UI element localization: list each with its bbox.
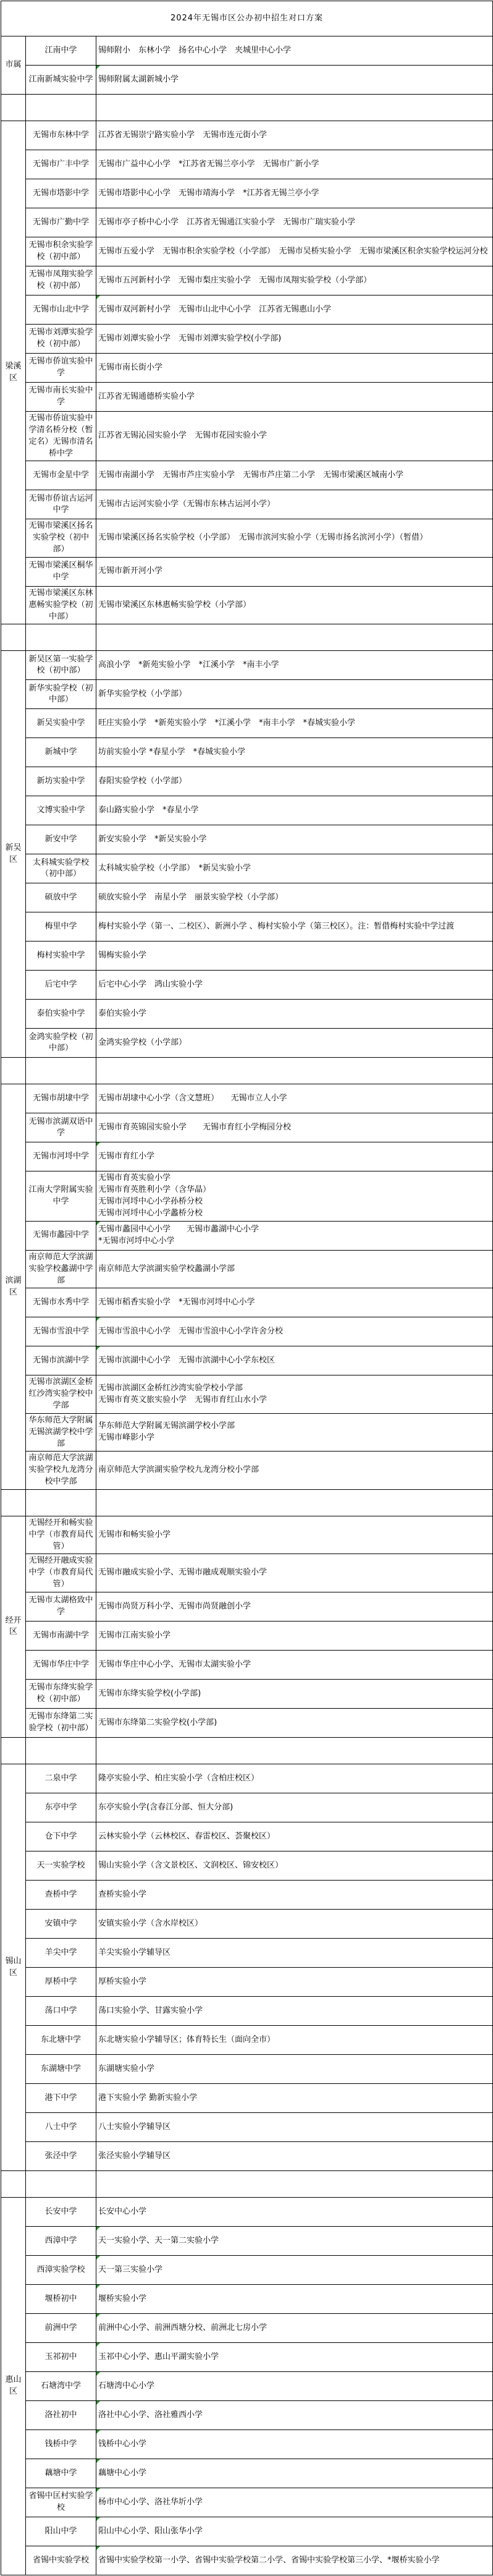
table-row: 惠山区长安中学长安中心小学 <box>1 2198 493 2227</box>
table-row: 八士中学八士实验小学辅导区 <box>1 2113 493 2142</box>
middle-school-cell: 西漳中学 <box>26 2227 96 2256</box>
primary-schools-cell: 锡山实验小学（含文景校区、文润校区、锦安校区） <box>96 1851 493 1881</box>
empty-cell <box>1 1738 26 1764</box>
middle-school-cell: 南京师范大学滨湖实验学校九龙湾分校中学部 <box>26 1452 96 1490</box>
primary-schools-cell: 长安中心小学 <box>96 2198 493 2227</box>
table-row: 新坊实验中学春阳实验学校（小学部） <box>1 767 493 796</box>
table-row: 东北塘中学东北塘实验小学辅导区；体育特长生（面向全市） <box>1 2026 493 2055</box>
primary-schools-cell: 堰桥实验小学 <box>96 2285 493 2314</box>
middle-school-cell: 钱桥中学 <box>26 2430 96 2459</box>
primary-schools-cell: 江苏省无锡崇宁路实验小学 无锡市连元街小学 <box>96 121 493 150</box>
table-row: 无锡市滨湖中学无锡市滨湖中心小学 无锡市滨湖中心小学东校区 <box>1 1346 493 1375</box>
empty-cell <box>96 2171 493 2198</box>
table-row: 无锡市梁溪区东林惠畅实验学校（初中部）无锡市梁溪区东林惠畅实验学校（小学部） <box>1 586 493 624</box>
primary-schools-cell: 羊尖实验小学辅导区 <box>96 1939 493 1968</box>
table-row: 西漳实验学校天一第三实验小学 <box>1 2256 493 2285</box>
cell-corner-marker-icon <box>96 2227 100 2230</box>
table-row: 梅里中学梅村实验小学（第一、二校区）、新洲小学 、梅村实验小学（第三校区）。注：… <box>1 912 493 942</box>
empty-cell <box>26 1738 96 1764</box>
cell-corner-marker-icon <box>96 2430 100 2434</box>
primary-schools-cell: 无锡市古运河实验小学（无锡市东林古运河小学） <box>96 490 493 519</box>
primary-schools-cell: 坊前实验小学 *春星小学 *春城实验小学 <box>96 738 493 767</box>
middle-school-cell: 泰伯实验中学 <box>26 1000 96 1029</box>
middle-school-cell: 省锡中匡村实验学校 <box>26 2488 96 2517</box>
page-title: 2024年无锡市区公办初中招生对口方案 <box>1 1 493 36</box>
middle-school-cell: 无锡市东林中学 <box>26 121 96 150</box>
empty-cell <box>96 95 493 121</box>
primary-schools-cell: 无锡市江南实验小学 <box>96 1622 493 1651</box>
middle-school-cell: 文博实验中学 <box>26 796 96 825</box>
primary-schools-cell: 钱桥中心小学 <box>96 2430 493 2459</box>
middle-school-cell: 二泉中学 <box>26 1764 96 1793</box>
table-row: 羊尖中学羊尖实验小学辅导区 <box>1 1939 493 1968</box>
middle-school-cell: 无锡市侨谊古运河中学 <box>26 490 96 519</box>
table-row: 梁溪区无锡市东林中学江苏省无锡崇宁路实验小学 无锡市连元街小学 <box>1 121 493 150</box>
group-spacer-row <box>1 2171 493 2198</box>
table-row: 新安中学新安实验小学 *新吴实验小学 <box>1 825 493 854</box>
table-row: 玉祁初中玉祁中心小学、惠山平湖实验小学 <box>1 2343 493 2372</box>
middle-school-cell: 藕塘中学 <box>26 2459 96 2488</box>
cell-corner-marker-icon <box>96 2488 100 2492</box>
middle-school-cell: 羊尖中学 <box>26 1939 96 1968</box>
table-row: 港下中学港下实验小学 勤新实验小学 <box>1 2084 493 2113</box>
primary-schools-cell: 无锡市南湖小学 无锡市芦庄实验小学 无锡市芦庄第二小学 无锡市梁溪区城南小学 <box>96 461 493 490</box>
primary-schools-cell: 省锡中实验学校第一小学、省锡中实验学校第二小学、省锡中实验学校第三小学、*堰桥实… <box>96 2546 493 2575</box>
primary-schools-cell: 太科城实验学校（小学部） *新吴实验小学 <box>96 854 493 883</box>
primary-schools-cell: 高浪小学 *新苑实验小学 *江溪小学 *南丰小学 <box>96 651 493 680</box>
middle-school-cell: 天一实验学校 <box>26 1851 96 1881</box>
primary-schools-cell: 无锡市滨湖中心小学 无锡市滨湖中心小学东校区 <box>96 1346 493 1375</box>
primary-schools-cell: 东湖塘实验小学 <box>96 2055 493 2084</box>
primary-schools-cell: 洛社中心小学、洛社雅西小学 <box>96 2401 493 2430</box>
empty-cell <box>96 1738 493 1764</box>
middle-school-cell: 西漳实验学校 <box>26 2256 96 2285</box>
middle-school-cell: 港下中学 <box>26 2084 96 2113</box>
cell-corner-marker-icon <box>96 2372 100 2376</box>
table-row: 仓下中学云林实验小学（云林校区、春雷校区、荟聚校区） <box>1 1822 493 1851</box>
primary-schools-cell: 玉祁中心小学、惠山平湖实验小学 <box>96 2343 493 2372</box>
primary-schools-cell: 无锡市和畅实验小学 <box>96 1516 493 1554</box>
middle-school-cell: 无锡经开融成实验中学（市教育局代管） <box>26 1554 96 1592</box>
middle-school-cell: 华东师范大学附属无锡滨湖学校中学部 <box>26 1413 96 1452</box>
middle-school-cell: 东亭中学 <box>26 1793 96 1822</box>
table-row: 无锡市广勤中学无锡市亭子桥中心小学 江苏省无锡通江实验小学 无锡市广瑞实验小学 <box>1 208 493 237</box>
cell-corner-marker-icon <box>96 2546 100 2550</box>
primary-schools-cell: 南京师范大学滨湖实验学校九龙湾分校小学部 <box>96 1452 493 1490</box>
middle-school-cell: 东湖塘中学 <box>26 2055 96 2084</box>
table-row: 无锡市南湖中学无锡市江南实验小学 <box>1 1622 493 1651</box>
cell-corner-marker-icon <box>96 1142 100 1146</box>
primary-schools-cell: 无锡市新开河小学 <box>96 557 493 586</box>
table-row: 无锡市梁溪区桐华中学无锡市新开河小学 <box>1 557 493 586</box>
primary-schools-cell: 无锡市蠡园中心小学 无锡市蠡湖中心小学 *无锡市河埒中心小学 <box>96 1221 493 1250</box>
middle-school-cell: 江南中学 <box>26 36 96 66</box>
primary-schools-cell: 无锡市南长街小学 <box>96 354 493 383</box>
primary-schools-cell: 天一实验小学、天一第二实验小学 <box>96 2227 493 2256</box>
district-cell: 锡山区 <box>1 1764 26 2171</box>
table-row: 无锡市东绛实验学校（初中部）无锡市东绛实验学校(小学部) <box>1 1680 493 1709</box>
middle-school-cell: 无锡市凤翔实验学校（初中部） <box>26 266 96 295</box>
table-row: 无锡经开融成实验中学（市教育局代管）无锡市融成实验小学、无锡市融成观顺实验小学 <box>1 1554 493 1592</box>
middle-school-cell: 太科城实验学校（初中部） <box>26 854 96 883</box>
empty-cell <box>26 2171 96 2198</box>
empty-cell <box>96 1489 493 1516</box>
primary-schools-cell: 无锡市塔影中心小学 无锡市靖海小学 *江苏省无锡兰亭小学 <box>96 179 493 208</box>
table-body: 2024年无锡市区公办初中招生对口方案 市属江南中学锡师附小 东林小学 扬名中心… <box>1 1 493 2575</box>
primary-schools-cell: 春阳实验学校（小学部） <box>96 767 493 796</box>
middle-school-cell: 江南新城实验中学 <box>26 66 96 95</box>
primary-schools-cell: 新安实验小学 *新吴实验小学 <box>96 825 493 854</box>
middle-school-cell: 江南大学附属实验中学 <box>26 1171 96 1221</box>
empty-cell <box>26 624 96 651</box>
table-row: 无锡市广丰中学无锡市广益中心小学 *江苏省无锡兰亭小学 无锡市广新小学 <box>1 150 493 179</box>
middle-school-cell: 省锡中实验学校 <box>26 2546 96 2575</box>
table-row: 无锡市凤翔实验学校（初中部）无锡市五河新村小学 无锡市梨庄实验小学 无锡市凤翔实… <box>1 266 493 295</box>
primary-schools-cell: 杨市中心小学、洛社华圻小学 <box>96 2488 493 2517</box>
middle-school-cell: 南京师范大学滨湖实验学校蠡湖中学部 <box>26 1250 96 1288</box>
document-sheet: 2024年无锡市区公办初中招生对口方案 市属江南中学锡师附小 东林小学 扬名中心… <box>0 0 493 2576</box>
table-row: 锡山区二泉中学隆亭实验小学、柏庄实验小学（含柏庄校区） <box>1 1764 493 1793</box>
table-row: 洛社初中洛社中心小学、洛社雅西小学 <box>1 2401 493 2430</box>
middle-school-cell: 梅村实验中学 <box>26 942 96 971</box>
primary-schools-cell: 无锡市胡埭中心小学（含文慧班） 无锡市立人小学 <box>96 1084 493 1113</box>
middle-school-cell: 东北塘中学 <box>26 2026 96 2055</box>
cell-corner-marker-icon <box>96 2517 100 2521</box>
table-row: 太科城实验学校（初中部）太科城实验学校（小学部） *新吴实验小学 <box>1 854 493 883</box>
middle-school-cell: 新吴区第一实验学校（初中部） <box>26 651 96 680</box>
middle-school-cell: 无锡市蠡园中学 <box>26 1221 96 1250</box>
empty-cell <box>26 1058 96 1084</box>
table-row: 石塘湾中学石塘湾中心小学 <box>1 2372 493 2401</box>
primary-schools-cell: 无锡市稻香实验小学 *无锡市河埒中心小学 <box>96 1288 493 1317</box>
group-spacer-row <box>1 95 493 121</box>
table-row: 经开区无锡经开和畅实验中学（市教育局代管）无锡市和畅实验小学 <box>1 1516 493 1554</box>
table-row: 无锡市侨谊古运河中学无锡市古运河实验小学（无锡市东林古运河小学） <box>1 490 493 519</box>
table-row: 无锡市积余实验学校（初中部）无锡市五爱小学 无锡市积余实验学校（小学部） 无锡市… <box>1 237 493 266</box>
table-row: 西漳中学天一实验小学、天一第二实验小学 <box>1 2227 493 2256</box>
primary-schools-cell: 旺庄实验小学 *新苑实验小学 *江溪小学 *南丰小学 *春城实验小学 <box>96 709 493 738</box>
table-row: 硕放中学硕放实验小学 南星小学 丽景实验学校（小学部） <box>1 883 493 912</box>
table-row: 钱桥中学钱桥中心小学 <box>1 2430 493 2459</box>
primary-schools-cell: 张泾实验小学辅导区 <box>96 2142 493 2171</box>
primary-schools-cell: 无锡市滨湖区金桥红沙湾实验学校小学部 无锡市育英文旅实验小学 无锡市育红山水小学 <box>96 1375 493 1414</box>
middle-school-cell: 无锡市山北中学 <box>26 295 96 325</box>
middle-school-cell: 后宅中学 <box>26 971 96 1000</box>
primary-schools-cell: 新华实验学校（小学部） <box>96 680 493 709</box>
table-row: 新华实验学校（初中部）新华实验学校（小学部） <box>1 680 493 709</box>
primary-schools-cell: 无锡市育英锦园实验小学 无锡市育红小学梅园分校 <box>96 1113 493 1142</box>
table-row: 江南新城实验中学锡师附属太湖新城小学 <box>1 66 493 95</box>
middle-school-cell: 厚桥中学 <box>26 1968 96 1997</box>
primary-schools-cell: 华东师范大学附属无锡滨湖学校小学部 无锡市峰影小学 <box>96 1413 493 1452</box>
table-row: 无锡市华庄中学无锡市华庄中心小学、无锡市太湖实验小学 <box>1 1651 493 1680</box>
middle-school-cell: 无锡市刘潭实验学校（初中部） <box>26 325 96 354</box>
table-row: 荡口中学荡口实验小学、甘露实验小学 <box>1 1997 493 2026</box>
cell-corner-marker-icon <box>96 66 100 69</box>
primary-schools-cell: 港下实验小学 勤新实验小学 <box>96 2084 493 2113</box>
primary-schools-cell: 无锡市育红小学 <box>96 1142 493 1171</box>
table-row: 无锡市太湖格致中学无锡市尚贤万科小学、无锡市尚贤融创小学 <box>1 1592 493 1622</box>
middle-school-cell: 无锡市侨谊实验中学 <box>26 354 96 383</box>
middle-school-cell: 硕放中学 <box>26 883 96 912</box>
table-row: 前洲中学前洲中心小学、前洲西塘分校、前洲北七房小学 <box>1 2314 493 2343</box>
table-row: 金鸿实验学校（初中部）金鸿实验学校（小学部） <box>1 1029 493 1058</box>
cell-corner-marker-icon <box>96 1317 100 1321</box>
cell-corner-marker-icon <box>96 295 100 299</box>
middle-school-cell: 无锡市滨湖双语中学 <box>26 1113 96 1142</box>
middle-school-cell: 张泾中学 <box>26 2142 96 2171</box>
table-row: 东亭中学东亭实验小学(含春江分部、恒大分部) <box>1 1793 493 1822</box>
table-row: 省锡中实验学校省锡中实验学校第一小学、省锡中实验学校第二小学、省锡中实验学校第三… <box>1 2546 493 2575</box>
primary-schools-cell: 云林实验小学（云林校区、春雷校区、荟聚校区） <box>96 1822 493 1851</box>
table-row: 张泾中学张泾实验小学辅导区 <box>1 2142 493 2171</box>
cell-corner-marker-icon <box>96 2401 100 2405</box>
table-row: 藕塘中学藕塘中心小学 <box>1 2459 493 2488</box>
middle-school-cell: 石塘湾中学 <box>26 2372 96 2401</box>
district-cell: 滨湖区 <box>1 1084 26 1490</box>
primary-schools-cell: 无锡市育英实验小学 无锡市育英胜利小学（含华晶） 无锡市河埒中心小学孙桥分校 无… <box>96 1171 493 1221</box>
table-row: 无锡市塔影中学无锡市塔影中心小学 无锡市靖海小学 *江苏省无锡兰亭小学 <box>1 179 493 208</box>
primary-schools-cell: 东亭实验小学(含春江分部、恒大分部) <box>96 1793 493 1822</box>
primary-schools-cell: 无锡市广益中心小学 *江苏省无锡兰亭小学 无锡市广新小学 <box>96 150 493 179</box>
table-row: 省锡中匡村实验学校杨市中心小学、洛社华圻小学 <box>1 2488 493 2517</box>
primary-schools-cell: 锡梅实验小学 <box>96 942 493 971</box>
district-cell: 市属 <box>1 36 26 95</box>
table-row: 新吴实验中学旺庄实验小学 *新苑实验小学 *江溪小学 *南丰小学 *春城实验小学 <box>1 709 493 738</box>
middle-school-cell: 长安中学 <box>26 2198 96 2227</box>
middle-school-cell: 无锡市南湖中学 <box>26 1622 96 1651</box>
primary-schools-cell: 无锡市雪浪中心小学 无锡市雪浪中心小学许舍分校 <box>96 1317 493 1346</box>
table-row: 阳山中学阳山中心小学、阳山张华小学 <box>1 2517 493 2546</box>
table-row: 天一实验学校锡山实验小学（含文景校区、文润校区、锦安校区） <box>1 1851 493 1881</box>
primary-schools-cell: 无锡市东绛第二实验学校(小学部) <box>96 1709 493 1738</box>
district-cell: 梁溪区 <box>1 121 26 624</box>
primary-schools-cell: 无锡市东绛实验学校(小学部) <box>96 1680 493 1709</box>
table-row: 安镇中学安镇实验小学（含水岸校区） <box>1 1910 493 1939</box>
table-row: 滨湖区无锡市胡埭中学无锡市胡埭中心小学（含文慧班） 无锡市立人小学 <box>1 1084 493 1113</box>
primary-schools-cell: 阳山中心小学、阳山张华小学 <box>96 2517 493 2546</box>
middle-school-cell: 仓下中学 <box>26 1822 96 1851</box>
table-row: 梅村实验中学锡梅实验小学 <box>1 942 493 971</box>
middle-school-cell: 前洲中学 <box>26 2314 96 2343</box>
middle-school-cell: 玉祁初中 <box>26 2343 96 2372</box>
middle-school-cell: 金鸿实验学校（初中部） <box>26 1029 96 1058</box>
primary-schools-cell: 锡师附属太湖新城小学 <box>96 66 493 95</box>
primary-schools-cell: 无锡市融成实验小学、无锡市融成观顺实验小学 <box>96 1554 493 1592</box>
empty-cell <box>96 1058 493 1084</box>
primary-schools-cell: 前洲中心小学、前洲西塘分校、前洲北七房小学 <box>96 2314 493 2343</box>
primary-schools-cell: 南京师范大学滨湖实验学校蠡湖小学部 <box>96 1250 493 1288</box>
table-row: 厚桥中学厚桥实验小学 <box>1 1968 493 1997</box>
primary-schools-cell: 江苏省无锡通德桥实验小学 <box>96 383 493 412</box>
primary-schools-cell: 无锡市亭子桥中心小学 江苏省无锡通江实验小学 无锡市广瑞实验小学 <box>96 208 493 237</box>
primary-schools-cell: 锡师附小 东林小学 扬名中心小学 夹城里中心小学 <box>96 36 493 66</box>
cell-corner-marker-icon <box>96 2459 100 2463</box>
table-row: 查桥中学查桥实验小学 <box>1 1881 493 1910</box>
middle-school-cell: 无锡市梁溪区扬名实验学校（初中部） <box>26 519 96 558</box>
table-row: 无锡市侨谊实验中学清名桥分校（暂定名）无锡市清名桥中学江苏省无锡沁园实验小学 无… <box>1 412 493 461</box>
group-spacer-row <box>1 1738 493 1764</box>
group-spacer-row <box>1 624 493 651</box>
title-row: 2024年无锡市区公办初中招生对口方案 <box>1 1 493 36</box>
group-spacer-row <box>1 1058 493 1084</box>
table-row: 无锡市水秀中学无锡市稻香实验小学 *无锡市河埒中心小学 <box>1 1288 493 1317</box>
primary-schools-cell: 泰伯实验小学 <box>96 1000 493 1029</box>
primary-schools-cell: 隆亭实验小学、柏庄实验小学（含柏庄校区） <box>96 1764 493 1793</box>
middle-school-cell: 查桥中学 <box>26 1881 96 1910</box>
primary-schools-cell: 无锡市双河新村小学 无锡市山北中心小学 江苏省无锡惠山小学 <box>96 295 493 325</box>
primary-schools-cell: 无锡市尚贤万科小学、无锡市尚贤融创小学 <box>96 1592 493 1622</box>
table-row: 无锡市东绛第二实验学校（初中部）无锡市东绛第二实验学校(小学部) <box>1 1709 493 1738</box>
empty-cell <box>96 624 493 651</box>
middle-school-cell: 无锡市太湖格致中学 <box>26 1592 96 1622</box>
table-row: 无锡市滨湖区金桥红沙湾实验学校中学部无锡市滨湖区金桥红沙湾实验学校小学部 无锡市… <box>1 1375 493 1414</box>
table-row: 市属江南中学锡师附小 东林小学 扬名中心小学 夹城里中心小学 <box>1 36 493 66</box>
middle-school-cell: 荡口中学 <box>26 1997 96 2026</box>
middle-school-cell: 无锡市侨谊实验中学清名桥分校（暂定名）无锡市清名桥中学 <box>26 412 96 461</box>
primary-schools-cell: 天一第三实验小学 <box>96 2256 493 2285</box>
table-row: 堰桥初中堰桥实验小学 <box>1 2285 493 2314</box>
middle-school-cell: 无锡市胡埭中学 <box>26 1084 96 1113</box>
table-row: 华东师范大学附属无锡滨湖学校中学部华东师范大学附属无锡滨湖学校小学部 无锡市峰影… <box>1 1413 493 1452</box>
district-cell: 新吴区 <box>1 651 26 1058</box>
middle-school-cell: 无锡市华庄中学 <box>26 1651 96 1680</box>
middle-school-cell: 新坊实验中学 <box>26 767 96 796</box>
table-row: 泰伯实验中学泰伯实验小学 <box>1 1000 493 1029</box>
middle-school-cell: 安镇中学 <box>26 1910 96 1939</box>
empty-cell <box>26 1489 96 1516</box>
middle-school-cell: 无锡市雪浪中学 <box>26 1317 96 1346</box>
cell-corner-marker-icon <box>96 1346 100 1350</box>
middle-school-cell: 无锡市金星中学 <box>26 461 96 490</box>
cell-corner-marker-icon <box>96 2285 100 2289</box>
primary-schools-cell: 安镇实验小学（含水岸校区） <box>96 1910 493 1939</box>
primary-schools-cell: 无锡市梁溪区扬名实验学校（小学部） 无锡市滨河实验小学（无锡市扬名滨河小学）（暂… <box>96 519 493 558</box>
primary-schools-cell: 查桥实验小学 <box>96 1881 493 1910</box>
primary-schools-cell: 后宅中心小学 鸿山实验小学 <box>96 971 493 1000</box>
table-row: 无锡市刘潭实验学校（初中部）无锡市刘潭实验小学 无锡市刘潭实验学校(小学部) <box>1 325 493 354</box>
middle-school-cell: 洛社初中 <box>26 2401 96 2430</box>
empty-cell <box>1 1489 26 1516</box>
table-row: 后宅中学后宅中心小学 鸿山实验小学 <box>1 971 493 1000</box>
middle-school-cell: 梅里中学 <box>26 912 96 942</box>
table-row: 东湖塘中学东湖塘实验小学 <box>1 2055 493 2084</box>
primary-schools-cell: 东北塘实验小学辅导区；体育特长生（面向全市） <box>96 2026 493 2055</box>
table-row: 无锡市侨谊实验中学无锡市南长街小学 <box>1 354 493 383</box>
middle-school-cell: 无锡市东绛实验学校（初中部） <box>26 1680 96 1709</box>
table-row: 无锡市雪浪中学无锡市雪浪中心小学 无锡市雪浪中心小学许舍分校 <box>1 1317 493 1346</box>
middle-school-cell: 八士中学 <box>26 2113 96 2142</box>
table-row: 新城中学坊前实验小学 *春星小学 *春城实验小学 <box>1 738 493 767</box>
primary-schools-cell: 藕塘中心小学 <box>96 2459 493 2488</box>
middle-school-cell: 无锡经开和畅实验中学（市教育局代管） <box>26 1516 96 1554</box>
middle-school-cell: 无锡市积余实验学校（初中部） <box>26 237 96 266</box>
middle-school-cell: 新华实验学校（初中部） <box>26 680 96 709</box>
table-row: 南京师范大学滨湖实验学校九龙湾分校中学部南京师范大学滨湖实验学校九龙湾分校小学部 <box>1 1452 493 1490</box>
middle-school-cell: 新城中学 <box>26 738 96 767</box>
middle-school-cell: 无锡市梁溪区东林惠畅实验学校（初中部） <box>26 586 96 624</box>
middle-school-cell: 无锡市滨湖中学 <box>26 1346 96 1375</box>
middle-school-cell: 无锡市东绛第二实验学校（初中部） <box>26 1709 96 1738</box>
middle-school-cell: 无锡市水秀中学 <box>26 1288 96 1317</box>
group-spacer-row <box>1 1489 493 1516</box>
table-row: 江南大学附属实验中学无锡市育英实验小学 无锡市育英胜利小学（含华晶） 无锡市河埒… <box>1 1171 493 1221</box>
primary-schools-cell: 江苏省无锡沁园实验小学 无锡市花园实验小学 <box>96 412 493 461</box>
primary-schools-cell: 硕放实验小学 南星小学 丽景实验学校（小学部） <box>96 883 493 912</box>
middle-school-cell: 新安中学 <box>26 825 96 854</box>
middle-school-cell: 阳山中学 <box>26 2517 96 2546</box>
middle-school-cell: 无锡市塔影中学 <box>26 179 96 208</box>
cell-corner-marker-icon <box>96 1222 100 1225</box>
table-row: 无锡市金星中学无锡市南湖小学 无锡市芦庄实验小学 无锡市芦庄第二小学 无锡市梁溪… <box>1 461 493 490</box>
primary-schools-cell: 石塘湾中心小学 <box>96 2372 493 2401</box>
table-row: 无锡市河埒中学无锡市育红小学 <box>1 1142 493 1171</box>
table-row: 无锡市梁溪区扬名实验学校（初中部）无锡市梁溪区扬名实验学校（小学部） 无锡市滨河… <box>1 519 493 558</box>
table-row: 南京师范大学滨湖实验学校蠡湖中学部南京师范大学滨湖实验学校蠡湖小学部 <box>1 1250 493 1288</box>
empty-cell <box>1 95 26 121</box>
table-row: 无锡市蠡园中学无锡市蠡园中心小学 无锡市蠡湖中心小学 *无锡市河埒中心小学 <box>1 1221 493 1250</box>
empty-cell <box>26 95 96 121</box>
cell-corner-marker-icon <box>96 2343 100 2347</box>
primary-schools-cell: 无锡市梁溪区东林惠畅实验学校（小学部） <box>96 586 493 624</box>
district-cell: 惠山区 <box>1 2198 26 2575</box>
table-row: 无锡市南长实验中学江苏省无锡通德桥实验小学 <box>1 383 493 412</box>
primary-schools-cell: 无锡市五爱小学 无锡市积余实验学校（小学部） 无锡市吴桥实验小学 无锡市梁溪区积… <box>96 237 493 266</box>
middle-school-cell: 无锡市广勤中学 <box>26 208 96 237</box>
empty-cell <box>1 624 26 651</box>
middle-school-cell: 无锡市南长实验中学 <box>26 383 96 412</box>
primary-schools-cell: 无锡市华庄中心小学、无锡市太湖实验小学 <box>96 1651 493 1680</box>
middle-school-cell: 无锡市广丰中学 <box>26 150 96 179</box>
primary-schools-cell: 金鸿实验学校（小学部） <box>96 1029 493 1058</box>
table-row: 无锡市滨湖双语中学无锡市育英锦园实验小学 无锡市育红小学梅园分校 <box>1 1113 493 1142</box>
table-row: 无锡市山北中学无锡市双河新村小学 无锡市山北中心小学 江苏省无锡惠山小学 <box>1 295 493 325</box>
middle-school-cell: 无锡市梁溪区桐华中学 <box>26 557 96 586</box>
primary-schools-cell: 八士实验小学辅导区 <box>96 2113 493 2142</box>
middle-school-cell: 新吴实验中学 <box>26 709 96 738</box>
table-row: 文博实验中学泰山路实验小学 *春星小学 <box>1 796 493 825</box>
empty-cell <box>1 1058 26 1084</box>
middle-school-cell: 堰桥初中 <box>26 2285 96 2314</box>
primary-schools-cell: 荡口实验小学、甘露实验小学 <box>96 1997 493 2026</box>
cell-corner-marker-icon <box>96 2256 100 2259</box>
primary-schools-cell: 梅村实验小学（第一、二校区）、新洲小学 、梅村实验小学（第三校区）。注：暂借梅村… <box>96 912 493 942</box>
primary-schools-cell: 泰山路实验小学 *春星小学 <box>96 796 493 825</box>
table-row: 新吴区新吴区第一实验学校（初中部）高浪小学 *新苑实验小学 *江溪小学 *南丰小… <box>1 651 493 680</box>
middle-school-cell: 无锡市河埒中学 <box>26 1142 96 1171</box>
district-cell: 经开区 <box>1 1516 26 1737</box>
cell-corner-marker-icon <box>96 2314 100 2318</box>
primary-schools-cell: 无锡市刘潭实验小学 无锡市刘潭实验学校(小学部) <box>96 325 493 354</box>
middle-school-cell: 无锡市滨湖区金桥红沙湾实验学校中学部 <box>26 1375 96 1414</box>
enrollment-table: 2024年无锡市区公办初中招生对口方案 市属江南中学锡师附小 东林小学 扬名中心… <box>1 1 493 2575</box>
primary-schools-cell: 厚桥实验小学 <box>96 1968 493 1997</box>
empty-cell <box>1 2171 26 2198</box>
primary-schools-cell: 无锡市五河新村小学 无锡市梨庄实验小学 无锡市凤翔实验学校（小学部） <box>96 266 493 295</box>
